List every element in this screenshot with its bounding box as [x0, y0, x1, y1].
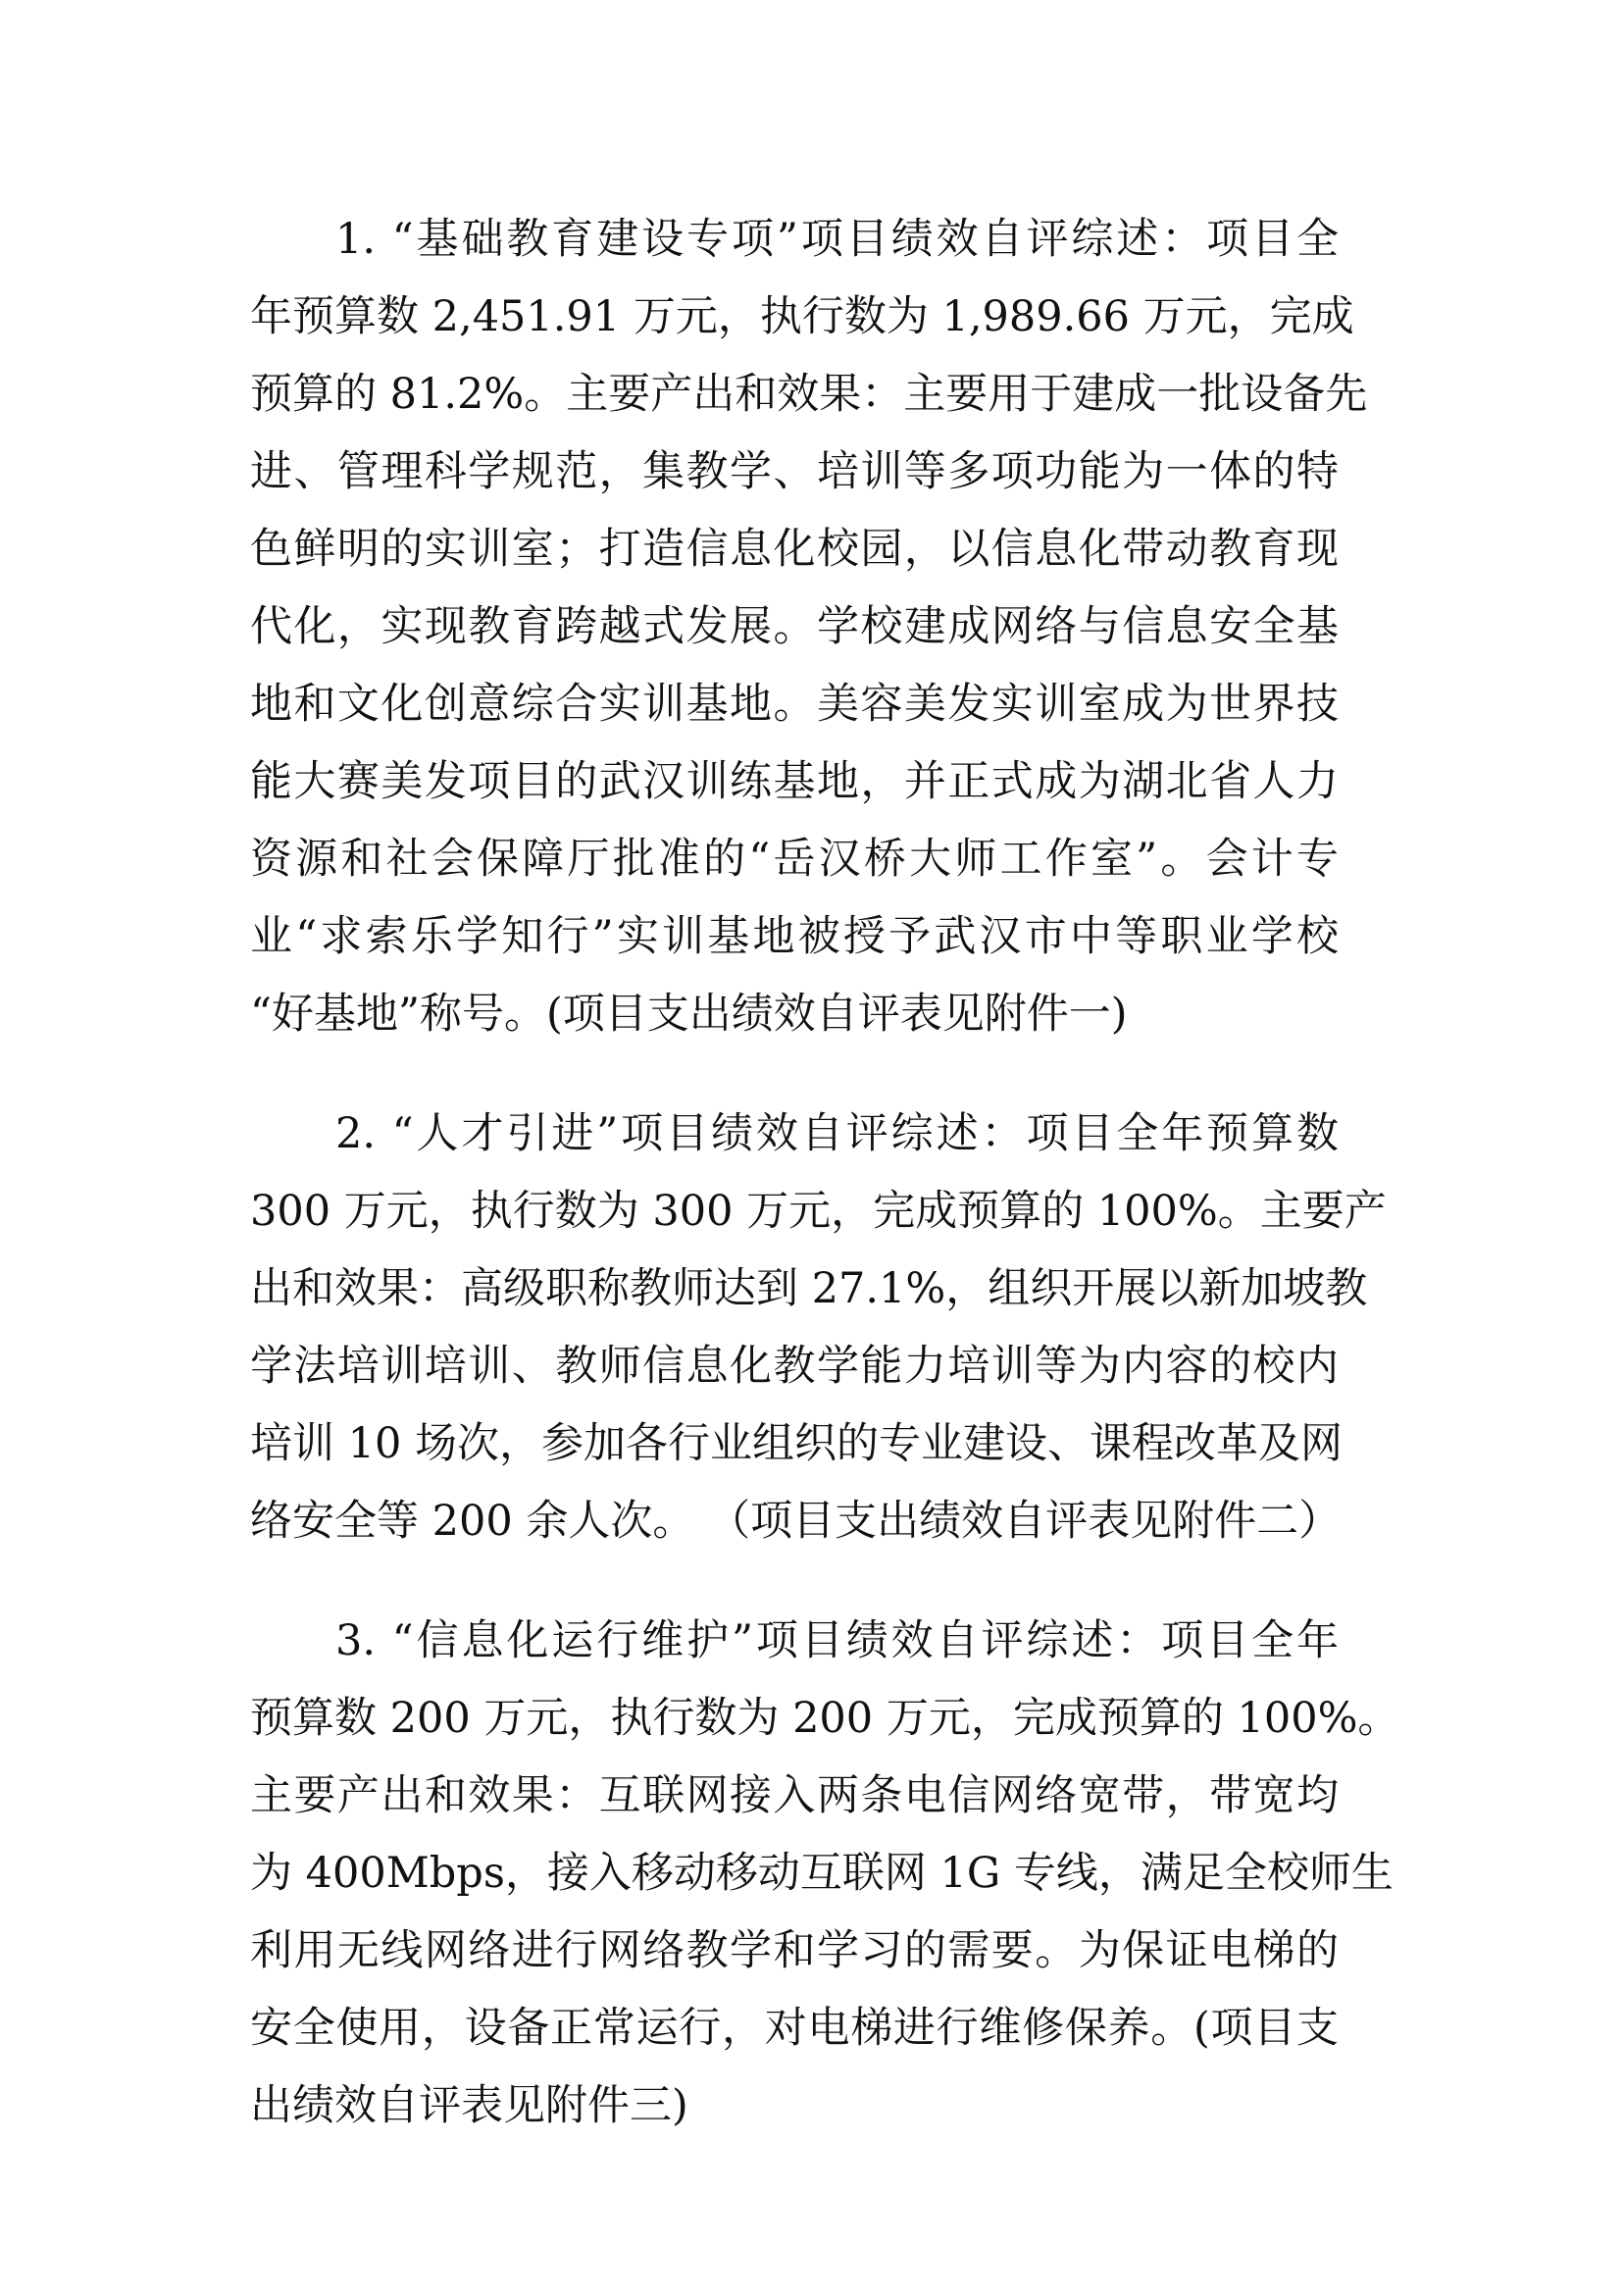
text-line: “好基地”称号。(项目支出绩效自评表见附件一) [250, 976, 1339, 1053]
document-content: 1. “基础教育建设专项”项目绩效自评综述：项目全年预算数 2,451.91 万… [250, 201, 1339, 2145]
text-line: 学法培训培训、教师信息化教学能力培训等为内容的校内 [250, 1328, 1339, 1405]
text-line: 培训 10 场次，参加各行业组织的专业建设、课程改革及网 [250, 1405, 1339, 1483]
text-line: 主要产出和效果：互联网接入两条电信网络宽带，带宽均 [250, 1758, 1339, 1835]
text-line: 300 万元，执行数为 300 万元，完成预算的 100%。主要产 [250, 1173, 1339, 1250]
text-line: 预算数 200 万元，执行数为 200 万元，完成预算的 100%。 [250, 1680, 1339, 1758]
text-line: 代化，实现教育跨越式发展。学校建成网络与信息安全基 [250, 588, 1339, 666]
text-line: 年预算数 2,451.91 万元，执行数为 1,989.66 万元，完成 [250, 279, 1339, 356]
text-line: 为 400Mbps，接入移动移动互联网 1G 专线，满足全校师生 [250, 1835, 1339, 1913]
text-line: 利用无线网络进行网络教学和学习的需要。为保证电梯的 [250, 1913, 1339, 1990]
text-line: 色鲜明的实训室；打造信息化校园，以信息化带动教育现 [250, 511, 1339, 588]
text-line: 能大赛美发项目的武汉训练基地，并正式成为湖北省人力 [250, 743, 1339, 821]
paragraph-1: 1. “基础教育建设专项”项目绩效自评综述：项目全年预算数 2,451.91 万… [250, 201, 1339, 1053]
paragraph-3: 3. “信息化运行维护”项目绩效自评综述：项目全年预算数 200 万元，执行数为… [250, 1603, 1339, 2145]
text-line: 进、管理科学规范，集教学、培训等多项功能为一体的特 [250, 434, 1339, 511]
text-line: 资源和社会保障厅批准的“岳汉桥大师工作室”。会计专 [250, 821, 1339, 898]
document-page: 1. “基础教育建设专项”项目绩效自评综述：项目全年预算数 2,451.91 万… [0, 0, 1623, 2296]
text-line: 络安全等 200 余人次。 （项目支出绩效自评表见附件二） [250, 1483, 1339, 1560]
text-line: 2. “人才引进”项目绩效自评综述：项目全年预算数 [250, 1096, 1339, 1173]
text-line: 业“求索乐学知行”实训基地被授予武汉市中等职业学校 [250, 898, 1339, 976]
text-line: 1. “基础教育建设专项”项目绩效自评综述：项目全 [250, 201, 1339, 279]
paragraph-2: 2. “人才引进”项目绩效自评综述：项目全年预算数300 万元，执行数为 300… [250, 1096, 1339, 1560]
text-line: 出和效果：高级职称教师达到 27.1%，组织开展以新加坡教 [250, 1250, 1339, 1328]
text-line: 3. “信息化运行维护”项目绩效自评综述：项目全年 [250, 1603, 1339, 1680]
text-line: 安全使用，设备正常运行，对电梯进行维修保养。(项目支 [250, 1990, 1339, 2067]
text-line: 预算的 81.2%。主要产出和效果：主要用于建成一批设备先 [250, 356, 1339, 434]
text-line: 出绩效自评表见附件三) [250, 2067, 1339, 2145]
text-line: 地和文化创意综合实训基地。美容美发实训室成为世界技 [250, 666, 1339, 743]
